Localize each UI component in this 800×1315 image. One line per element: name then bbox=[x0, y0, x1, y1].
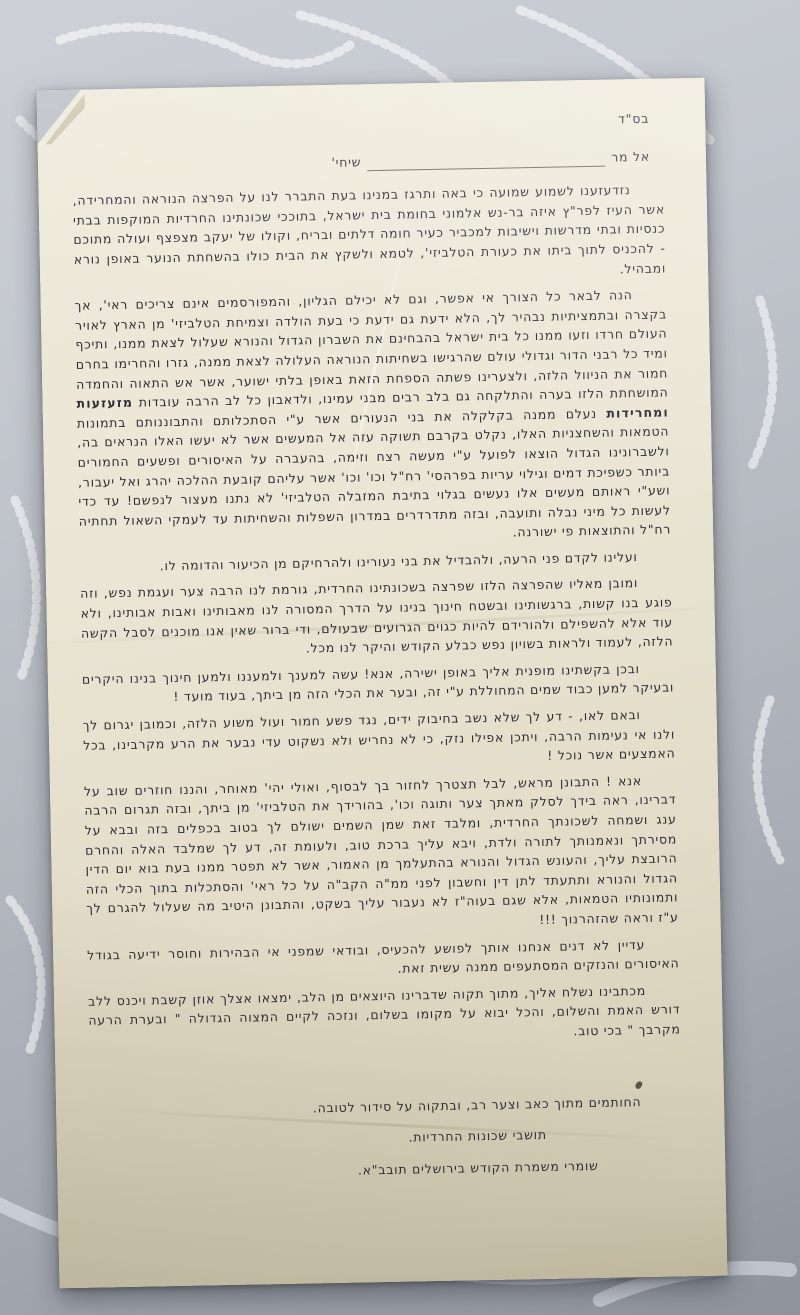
letter-body: נזדעזענו לשמוע שמועה כי באה ותרגז במנינו… bbox=[72, 180, 680, 1051]
letter-paragraph: ועלינו לקדם פני הרעה, ולהבדיל את בני נעו… bbox=[80, 546, 672, 577]
signature-block: החותמים מתוך כאב וצער רב, ובתקוה על סידו… bbox=[312, 1092, 644, 1181]
letter-content: בס"ד אל מר שיחי' נזדעזענו לשמוע שמועה כי… bbox=[37, 78, 728, 1289]
letter-paragraph: ובאם לאו, - דע לך שלא נשב בחיבוק ידים, נ… bbox=[83, 704, 676, 774]
photo-background: בס"ד אל מר שיחי' נזדעזענו לשמוע שמועה כי… bbox=[0, 0, 800, 1315]
letter-paragraph: עדיין לא דנים אנחנו אותך לפושע להכעיס, ו… bbox=[87, 934, 680, 985]
letter-paragraph: ומובן מאליו שהפרצה הלזו שפרצה בשכונתינו … bbox=[80, 573, 673, 663]
letter-paragraph: ובכן בקשתינו מופנית אליך באופן ישירה, אנ… bbox=[82, 658, 675, 709]
closing-line: שומרי משמרת הקודש בירושלים תובב"א. bbox=[313, 1155, 643, 1181]
letter-paragraph: מכתבינו נשלח אליך, מתוך תקוה שדברינו היו… bbox=[88, 980, 681, 1050]
salutation-suffix: שיחי' bbox=[331, 152, 361, 172]
bold-emphasis: מזעזעות ומחרידות bbox=[76, 395, 669, 421]
document-page: בס"ד אל מר שיחי' נזדעזענו לשמוע שמועה כי… bbox=[37, 78, 728, 1289]
name-blank-line bbox=[367, 152, 605, 172]
closing-line: תושבי שכונות החרדיות. bbox=[313, 1123, 643, 1149]
letter-paragraph: נזדעזענו לשמוע שמועה כי באה ותרגז במנינו… bbox=[72, 180, 666, 289]
closing-line: החותמים מתוך כאב וצער רב, ובתקוה על סידו… bbox=[312, 1092, 642, 1118]
salutation-prefix: אל מר bbox=[611, 146, 650, 166]
salutation-line: אל מר שיחי' bbox=[72, 146, 650, 177]
letter-paragraph: הנה לבאר כל הצורך אי אפשר, וגם לא יכילם … bbox=[75, 285, 672, 551]
bsd-header: בס"ד bbox=[71, 109, 649, 140]
letter-paragraph: אנא ! התבונן מראש, לבל תצטרך לחזור בך לב… bbox=[84, 770, 679, 938]
